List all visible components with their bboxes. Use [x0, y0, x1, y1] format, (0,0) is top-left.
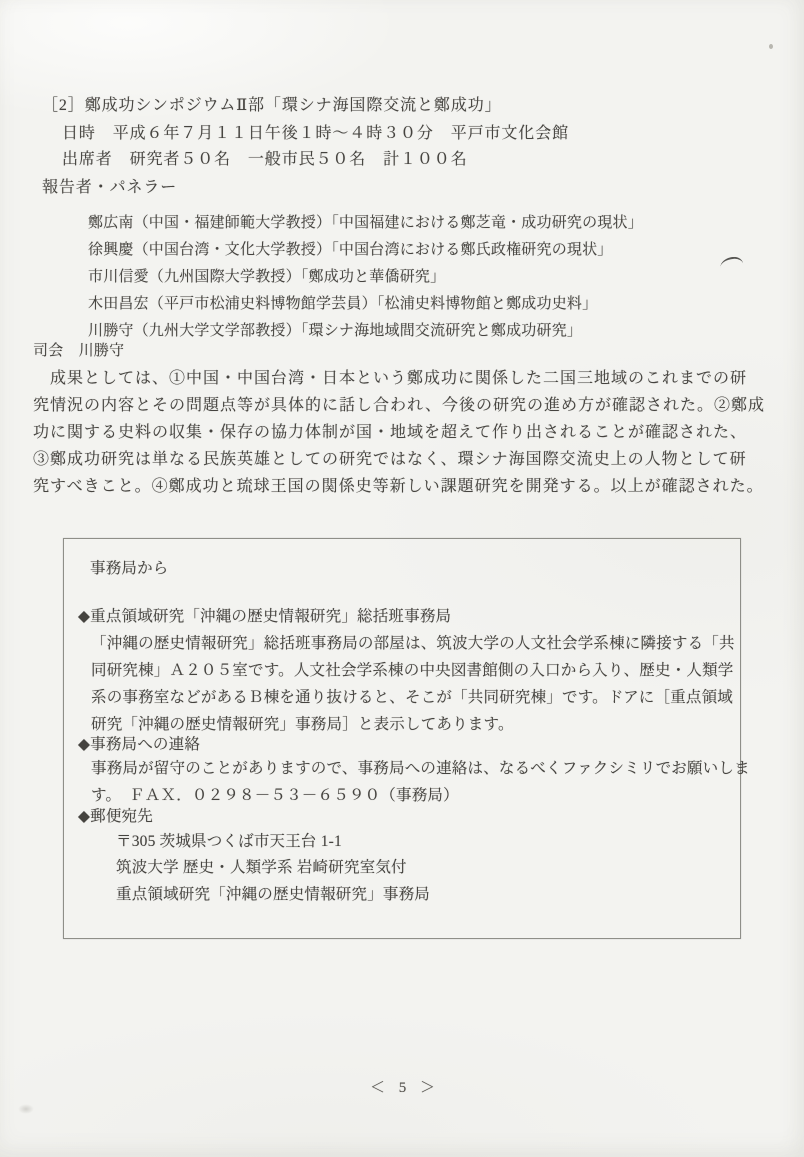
- scanned-document-page: ［2］鄭成功シンポジウムⅡ部「環シナ海国際交流と鄭成功」 日時 平成６年７月１１…: [0, 0, 804, 1157]
- results-line: 成果としては、①中国・中国台湾・日本という鄭成功に関係した二国三地域のこれまでの…: [33, 371, 747, 387]
- office-info-box: 事務局から ◆重点領域研究「沖縄の歴史情報研究」総括班事務局 「沖縄の歴史情報研…: [63, 538, 741, 939]
- office-section-heading: ◆郵便宛先: [78, 809, 153, 825]
- scan-speck: [769, 44, 773, 49]
- office-section-text: 研究「沖縄の歴史情報研究」事務局］と表示してあります。: [91, 717, 514, 733]
- results-line: ③鄭成功研究は単なる民族英雄としての研究ではなく、環シナ海国際交流史上の人物とし…: [33, 452, 747, 468]
- office-section-text: 事務局が留守のことがありますので、事務局への連絡は、なるべくファクシミリでお願い…: [91, 761, 750, 777]
- panelist-line: 徐興慶（中国台湾・文化大学教授）「中国台湾における鄭氏政権研究の現状」: [88, 243, 613, 258]
- fax-number-line: す。 ＦＡＸ．０２９８－５３－６５９０（事務局）: [91, 788, 459, 804]
- office-box-title: 事務局から: [90, 561, 169, 577]
- scan-smudge: [18, 1104, 34, 1114]
- panelist-line: 川勝守（九州大学文学部教授）「環シナ海地域間交流研究と鄭成功研究」: [88, 324, 582, 339]
- symposium-attendance: 出席者 研究者５０名 一般市民５０名 計１００名: [62, 152, 468, 168]
- office-section-text: 系の事務室などがあるＢ棟を通り抜けると、そこが「共同研究棟」です。ドアに［重点領…: [91, 690, 733, 706]
- panelist-line: 鄭広南（中国・福建師範大学教授）「中国福建における鄭芝竜・成功研究の現状」: [88, 216, 643, 231]
- reporters-label: 報告者・パネラー: [42, 180, 177, 196]
- office-section-heading: ◆事務局への連絡: [78, 737, 200, 753]
- office-section-text: 同研究棟」Ａ２０５室です。人文社会学系棟の中央図書館側の入口から入り、歴史・人類…: [91, 663, 733, 679]
- office-section-text: 「沖縄の歴史情報研究」総括班事務局の部屋は、筑波大学の人文社会学系棟に隣接する「…: [91, 636, 735, 652]
- postal-address-line: 〒305 茨城県つくば市天王台 1-1: [116, 834, 342, 850]
- postal-address-line: 重点領域研究「沖縄の歴史情報研究」事務局: [116, 887, 430, 903]
- symposium-datetime: 日時 平成６年７月１１日午後１時～４時３０分 平戸市文化会館: [62, 126, 569, 142]
- results-line: 究すべきこと。④鄭成功と琉球王国の関係史等新しい課題研究を開発する。以上が確認さ…: [33, 479, 764, 495]
- results-line: 究情況の内容とその問題点等が具体的に話し合われ、今後の研究の進め方が確認された。…: [33, 398, 765, 414]
- results-line: 功に関する史料の収集・保存の協力体制が国・地域を超えて作り出されることが確認され…: [33, 425, 747, 441]
- panelist-line: 木田昌宏（平戸市松浦史料博物館学芸員）「松浦史料博物館と鄭成功史料」: [88, 297, 597, 312]
- moderator-line: 司会 川勝守: [33, 344, 124, 359]
- stray-pen-mark: [720, 256, 744, 268]
- office-section-heading: ◆重点領域研究「沖縄の歴史情報研究」総括班事務局: [78, 609, 451, 625]
- panelist-line: 市川信愛（九州国際大学教授）「鄭成功と華僑研究」: [88, 270, 445, 285]
- postal-address-line: 筑波大学 歴史・人類学系 岩崎研究室気付: [116, 860, 407, 876]
- symposium-heading: ［2］鄭成功シンポジウムⅡ部「環シナ海国際交流と鄭成功」: [42, 98, 502, 114]
- page-number: ＜ 5 ＞: [370, 1076, 440, 1097]
